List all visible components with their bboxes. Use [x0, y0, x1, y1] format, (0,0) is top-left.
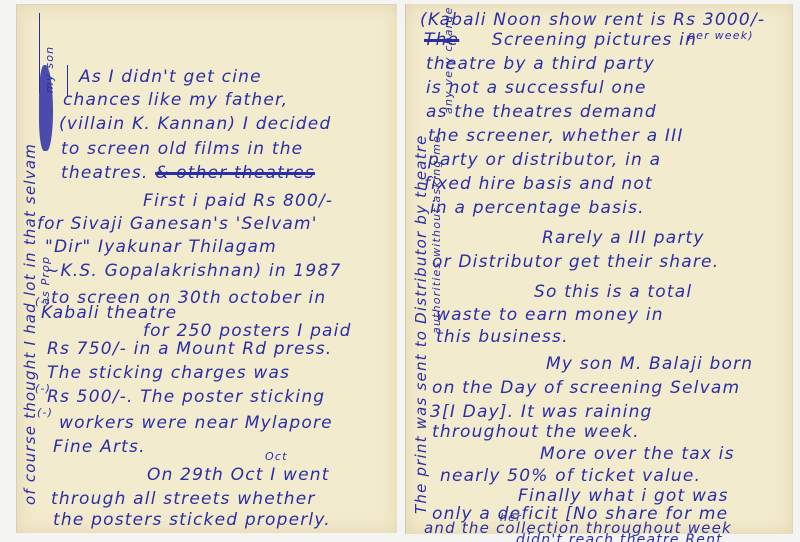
letter-page-right: The print was sent to Distributor by the…	[405, 4, 793, 534]
text-line: this business.	[436, 327, 569, 347]
text-line: as the theatres demand	[426, 102, 657, 122]
correction-above: Oct	[265, 451, 288, 463]
margin-note-vertical: of course thought I had lot in that selv…	[21, 143, 39, 505]
text-line: theatre by a third party	[426, 54, 655, 74]
text-line: (Kabali Noon show rent is Rs 3000/-	[420, 10, 765, 30]
text-line: workers were near Mylapore	[59, 413, 333, 433]
text-line: Kabali theatre	[41, 303, 177, 323]
text-line: Rs 750/- in a Mount Rd press.	[47, 339, 332, 359]
text-line: on the Day of screening Selvam	[432, 378, 740, 398]
text-line: party or distributor, in a	[428, 150, 661, 170]
text-line: or Distributor get their share.	[432, 252, 719, 272]
text-line: Rarely a III party	[542, 228, 705, 248]
text-line: So this is a total	[534, 282, 692, 302]
struck-text: The	[424, 30, 459, 50]
margin-mark: (-)	[37, 407, 53, 419]
text-line: throughout the week.	[432, 422, 640, 442]
text-line: ~K.S. Gopalakrishnan) in 1987	[45, 261, 341, 281]
text-line: per week)	[688, 30, 754, 42]
text-line: fixed hire basis and not	[424, 174, 653, 194]
text-line: (villain K. Kannan) I decided	[59, 114, 331, 134]
text-line: First i paid Rs 800/-	[143, 191, 333, 211]
text-line: the screener, whether a III	[428, 126, 684, 146]
text-line: the posters sticked properly.	[53, 510, 331, 530]
text-line: didn't reach theatre Rent	[516, 530, 723, 542]
text-line: Fine Arts.	[53, 437, 146, 457]
text-line: chances like my father,	[63, 90, 288, 110]
text-line: is not a successful one	[426, 78, 647, 98]
text-line: The Screening pictures in	[424, 30, 697, 50]
text-line: Rs 500/-. The poster sticking	[47, 387, 325, 407]
text-line: Finally what i got was	[518, 486, 729, 506]
text-line: theatres. & other theatres	[61, 163, 315, 183]
text-line: 3[I Day]. It was raining	[430, 402, 653, 422]
text-line: My son M. Balaji born	[546, 354, 753, 374]
text-line: for Sivaji Ganesan's 'Selvam'	[37, 214, 318, 234]
text-line: More over the tax is	[540, 444, 735, 464]
text-line: "Dir" Iyakunar Thilagam	[45, 237, 277, 257]
text-line: On 29th Oct I went	[147, 465, 330, 485]
text-line: The sticking charges was	[47, 363, 290, 383]
text-line: to screen old films in the	[61, 139, 303, 159]
text-line: nearly 50% of ticket value.	[440, 466, 701, 486]
struck-text: & other theatres	[155, 163, 315, 183]
text-segment: theatres.	[61, 163, 149, 183]
text-line: for 250 posters I paid	[143, 321, 352, 341]
letter-page-left: of course thought I had lot in that selv…	[16, 4, 397, 533]
text-line: As I didn't get cine	[79, 67, 262, 87]
text-segment: Screening pictures in	[492, 30, 697, 50]
text-line: through all streets whether	[51, 489, 316, 509]
text-line: in a percentage basis.	[430, 198, 645, 218]
text-line: waste to earn money in	[436, 305, 664, 325]
